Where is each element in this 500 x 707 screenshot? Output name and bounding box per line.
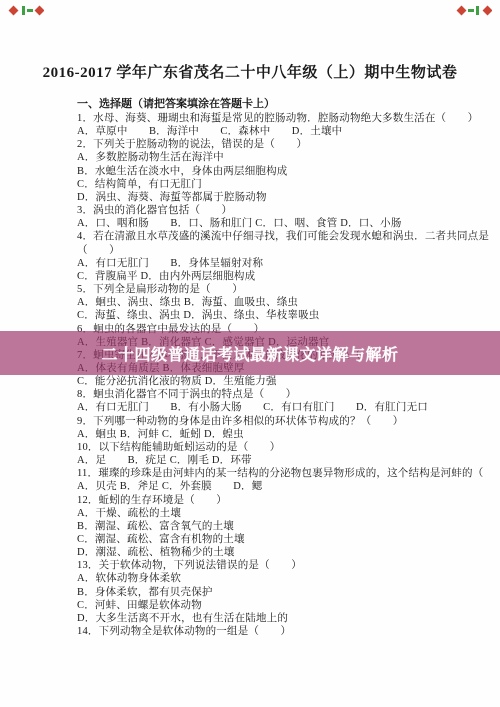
exam-text-line: D．潮湿、疏松、植物稀少的土壤: [77, 546, 477, 559]
exam-text-line: C．结构简单，有口无肛门: [77, 178, 477, 191]
exam-text-line: A．干燥、疏松的土壤: [77, 507, 477, 520]
exam-text-line: 10．以下结构能辅助蚯蚓运动的是（ ）: [77, 441, 477, 454]
exam-text-line: 3．涡虫的消化器官包括（ ）: [77, 204, 477, 217]
exam-text-line: B．潮湿、疏松、富含氧气的土壤: [77, 520, 477, 533]
corner-ornament-left-icon: [8, 3, 44, 18]
exam-text-line: 14．下列动物全是软体动物的一组是（ ）: [77, 625, 477, 638]
exam-text-line: 2．下列关于腔肠动物的说法，错误的是（ ）: [77, 138, 477, 151]
exam-text-line: 8．蛔虫消化器官不同于涡虫的特点是（ ）: [77, 388, 477, 401]
exam-text-line: 9．下列哪一种动物的身体是由许多相似的环状体节构成的？（ ）: [77, 415, 477, 428]
exam-title: 2016-2017 学年广东省茂名二十中八年级（上）期中生物试卷: [0, 61, 500, 82]
exam-text-line: D．大多生活离不开水，也有生活在陆地上的: [77, 612, 477, 625]
exam-text-line: B．身体柔软，都有贝壳保护: [77, 586, 477, 599]
exam-text-line: 4．若在清澈且水草茂盛的溪流中仔细寻找，我们可能会发现水螅和涡虫．二者共同点是: [77, 230, 477, 243]
section-heading: 一、选择题（请把答案填涂在答题卡上）: [77, 97, 477, 112]
exam-page: 2016-2017 学年广东省茂名二十中八年级（上）期中生物试卷 一、选择题（请…: [0, 0, 500, 707]
exam-text-line: C．潮湿、疏松、富含有机物的土壤: [77, 533, 477, 546]
exam-text-line: （ ）: [77, 244, 477, 257]
exam-text-line: A．软体动物身体柔软: [77, 572, 477, 585]
exam-text-line: A．有口无肛门 B．身体呈辐射对称: [77, 257, 477, 270]
exam-text-line: 5．下列全是扁形动物的是（ ）: [77, 283, 477, 296]
watermark-banner-text: 二十四级普通话考试最新课文详解与解析: [101, 342, 398, 365]
question-lines: 1．水母、海葵、珊瑚虫和海蜇是常见的腔肠动物．腔肠动物绝大多数生活在（ ）A．草…: [77, 112, 477, 638]
exam-text-line: 12．蚯蚓的生存环境是（ ）: [77, 494, 477, 507]
exam-text-line: A．口、咽和肠 B．口、肠和肛门 C．口、咽、食管 D．口、小肠: [77, 217, 477, 230]
exam-text-line: D．涡虫、海葵、海蜇等都属于腔肠动物: [77, 191, 477, 204]
exam-text-line: C．海蜇、绦虫、涡虫 D．涡虫、绦虫、华枝睾吸虫: [77, 309, 477, 322]
exam-text-line: A．蛔虫 B．河蚌 C．蚯蚓 D．蝗虫: [77, 428, 477, 441]
exam-text-line: A．有口无肛门 B．有小肠大肠 C．有口有肛门 D．有肛门无口: [77, 401, 477, 414]
exam-text-line: 11．璀璨的珍珠是由河蚌内的某一结构的分泌物包裹异物形成的，这个结构是河蚌的（ …: [77, 467, 477, 480]
exam-text-line: B．水螅生活在淡水中，身体由两层细胞构成: [77, 165, 477, 178]
exam-text-line: A．多数腔肠动物生活在海洋中: [77, 151, 477, 164]
exam-text-line: A．草原中 B．海洋中 C．森林中 D．土壤中: [77, 125, 477, 138]
corner-ornament-right-icon: [456, 3, 492, 18]
watermark-banner: 二十四级普通话考试最新课文详解与解析: [0, 331, 500, 375]
exam-text-line: A．足 B．疣足 C．刚毛 D．环带: [77, 454, 477, 467]
exam-text-line: C．河蚌、田螺是软体动物: [77, 599, 477, 612]
exam-text-line: 13．关于软体动物，下列说法错误的是（ ）: [77, 559, 477, 572]
exam-text-line: C．能分泌抗消化液的物质 D．生殖能力强: [77, 375, 477, 388]
exam-text-line: A．蛔虫、涡虫、绦虫 B．海蜇、血吸虫、绦虫: [77, 296, 477, 309]
exam-text-line: A．贝壳 B．斧足 C．外套膜 D．鳃: [77, 480, 477, 493]
exam-text-line: C．背腹扁平 D．由内外两层细胞构成: [77, 270, 477, 283]
exam-text-line: 1．水母、海葵、珊瑚虫和海蜇是常见的腔肠动物．腔肠动物绝大多数生活在（ ）: [77, 112, 477, 125]
